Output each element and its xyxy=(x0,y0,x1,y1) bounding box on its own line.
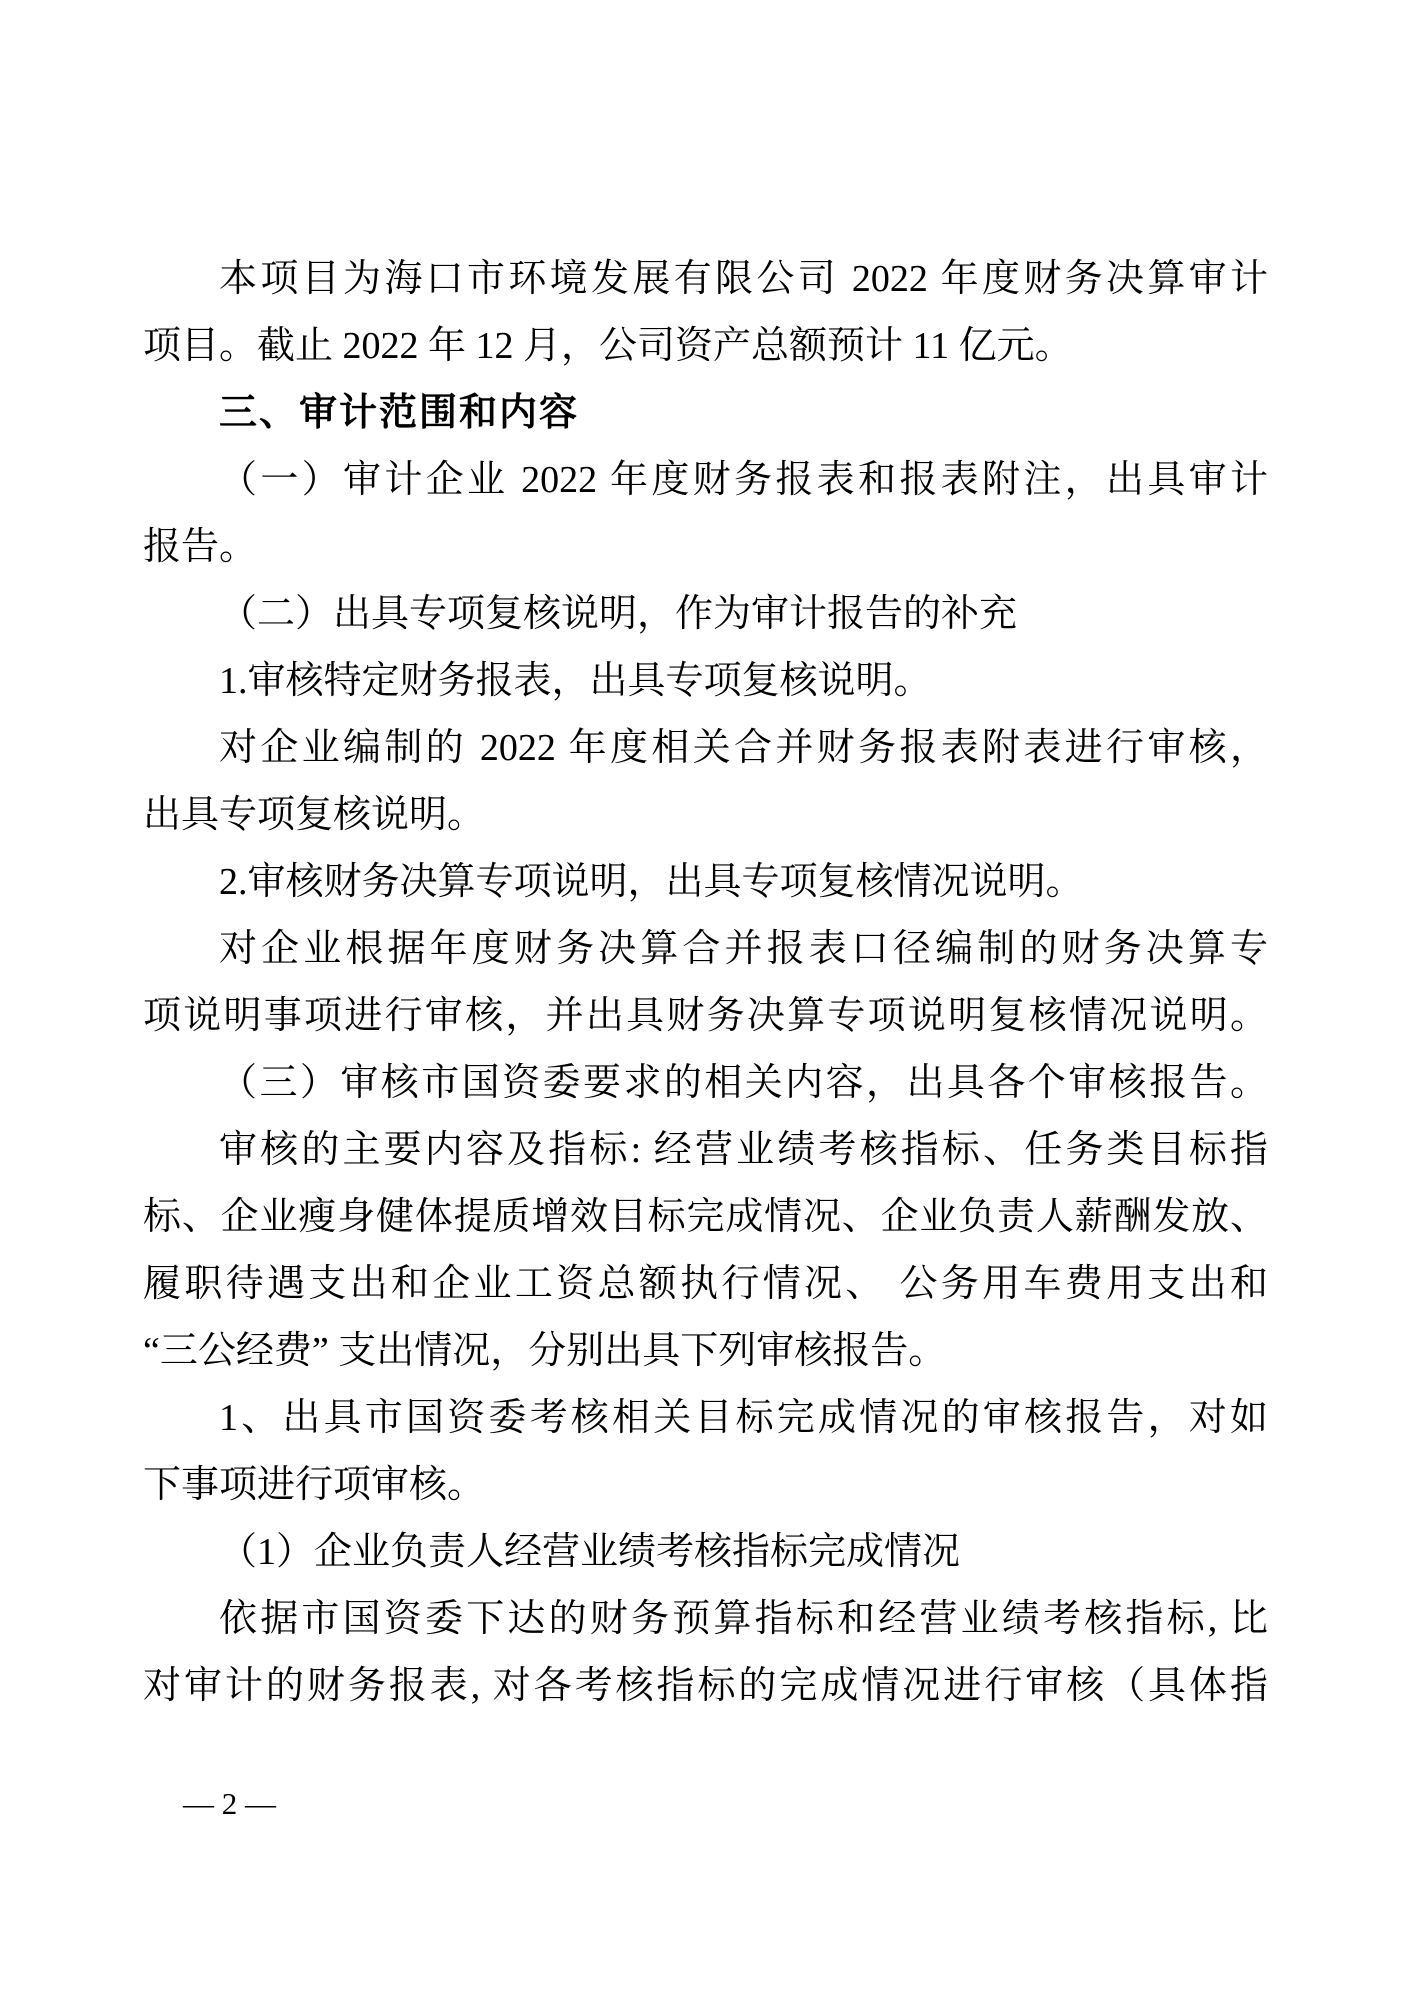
page-number: — 2 — xyxy=(183,1786,276,1822)
text-line: 标、企业瘦身健体提质增效目标完成情况、企业负责人薪酬发放、 xyxy=(143,1184,1268,1251)
text-line: 报告。 xyxy=(143,514,1268,581)
text-line: 下事项进行项审核。 xyxy=(143,1452,1268,1519)
text-line: 本项目为海口市环境发展有限公司 2022 年度财务决算审计 xyxy=(143,246,1268,313)
text-line: （1）企业负责人经营业绩考核指标完成情况 xyxy=(143,1519,1268,1586)
text-line: 履职待遇支出和企业工资总额执行情况、 公务用车费用支出和 xyxy=(143,1251,1268,1318)
section-heading: 三、审计范围和内容 xyxy=(143,380,1268,447)
text-line: 项说明事项进行审核，并出具财务决算专项说明复核情况说明。 xyxy=(143,983,1268,1050)
text-line: （二）出具专项复核说明，作为审计报告的补充 xyxy=(143,581,1268,648)
text-line: （一）审计企业 2022 年度财务报表和报表附注，出具审计 xyxy=(143,447,1268,514)
text-line: 对企业根据年度财务决算合并报表口径编制的财务决算专 xyxy=(143,916,1268,983)
text-line: 2.审核财务决算专项说明，出具专项复核情况说明。 xyxy=(143,849,1268,916)
text-line: “三公经费” 支出情况，分别出具下列审核报告。 xyxy=(143,1318,1268,1385)
text-line: 对审计的财务报表, 对各考核指标的完成情况进行审核（具体指 xyxy=(143,1653,1268,1720)
text-line: 1、出具市国资委考核相关目标完成情况的审核报告，对如 xyxy=(143,1385,1268,1452)
text-line: 审核的主要内容及指标: 经营业绩考核指标、任务类目标指 xyxy=(143,1117,1268,1184)
text-line: 1.审核特定财务报表，出具专项复核说明。 xyxy=(143,648,1268,715)
text-line: （三）审核市国资委要求的相关内容，出具各个审核报告。 xyxy=(143,1050,1268,1117)
text-line: 对企业编制的 2022 年度相关合并财务报表附表进行审核， xyxy=(143,715,1268,782)
document-body: 本项目为海口市环境发展有限公司 2022 年度财务决算审计项目。截止 2022 … xyxy=(143,246,1268,1720)
text-line: 依据市国资委下达的财务预算指标和经营业绩考核指标, 比 xyxy=(143,1586,1268,1653)
text-line: 出具专项复核说明。 xyxy=(143,782,1268,849)
text-line: 项目。截止 2022 年 12 月，公司资产总额预计 11 亿元。 xyxy=(143,313,1268,380)
document-page: 本项目为海口市环境发展有限公司 2022 年度财务决算审计项目。截止 2022 … xyxy=(0,0,1411,1995)
